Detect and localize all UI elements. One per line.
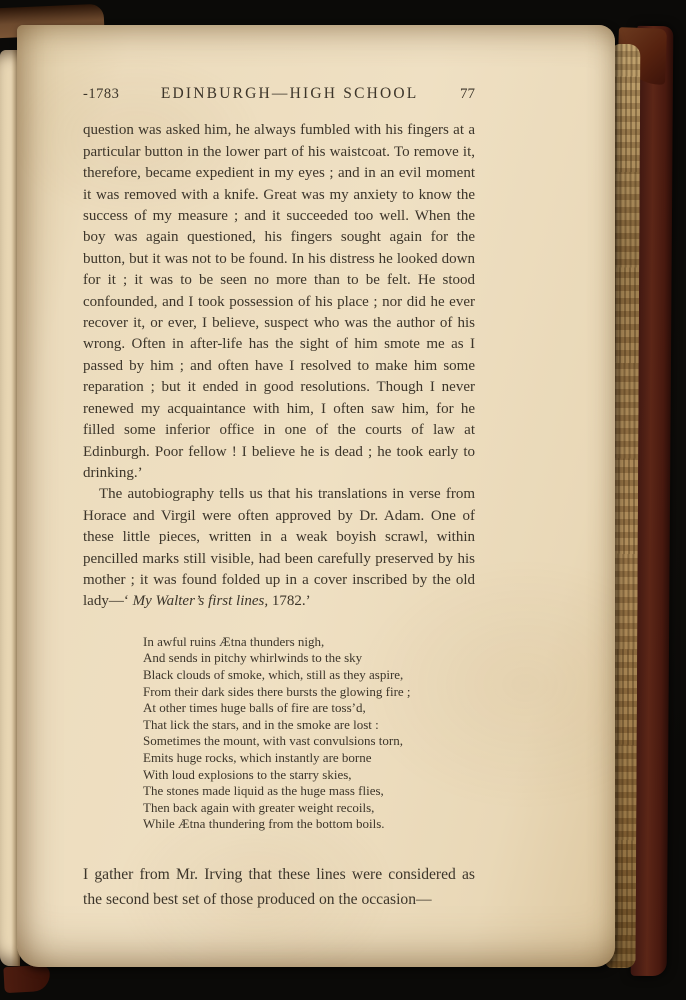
paragraph-2-text: The autobiography tells us that his tran…: [83, 486, 475, 609]
poem-line: With loud explosions to the starry skies…: [143, 767, 475, 784]
header-chapter-title: EDINBURGH—HIGH SCHOOL: [161, 83, 419, 104]
body-paragraph-2: The autobiography tells us that his tran…: [83, 484, 475, 612]
closing-paragraph: I gather from Mr. Irving that these line…: [83, 862, 475, 912]
header-page-number: 77: [460, 84, 475, 105]
poem-line: Black clouds of smoke, which, still as t…: [143, 667, 475, 684]
book-cover-bottom-left-corner: [3, 965, 50, 993]
running-head: -1783 EDINBURGH—HIGH SCHOOL 77: [83, 83, 475, 105]
poem-line: At other times huge balls of fire are to…: [143, 700, 475, 717]
paragraph-2-italic-inscription: My Walter’s first lines,: [133, 593, 269, 609]
header-year: -1783: [83, 84, 119, 105]
poem-line: Sometimes the mount, with vast convulsio…: [143, 733, 475, 750]
poem-line: Then back again with greater weight reco…: [143, 800, 475, 817]
poem-line: While Ætna thundering from the bottom bo…: [143, 816, 475, 833]
poem-line: Emits huge rocks, which instantly are bo…: [143, 750, 475, 767]
poem-line: In awful ruins Ætna thunders nigh,: [143, 634, 475, 651]
poem-line: And sends in pitchy whirlwinds to the sk…: [143, 650, 475, 667]
book-photograph: -1783 EDINBURGH—HIGH SCHOOL 77 question …: [0, 0, 686, 1000]
poem-block-quotation: In awful ruins Ætna thunders nigh, And s…: [143, 634, 475, 833]
poem-line: From their dark sides there bursts the g…: [143, 684, 475, 701]
printed-text-block: -1783 EDINBURGH—HIGH SCHOOL 77 question …: [83, 83, 475, 912]
book-page: -1783 EDINBURGH—HIGH SCHOOL 77 question …: [17, 25, 615, 967]
body-paragraph-1: question was asked him, he always fumble…: [83, 120, 475, 484]
poem-line: The stones made liquid as the huge mass …: [143, 783, 475, 800]
poem-line: That lick the stars, and in the smoke ar…: [143, 717, 475, 734]
paragraph-2-date: 1782.’: [268, 593, 311, 609]
